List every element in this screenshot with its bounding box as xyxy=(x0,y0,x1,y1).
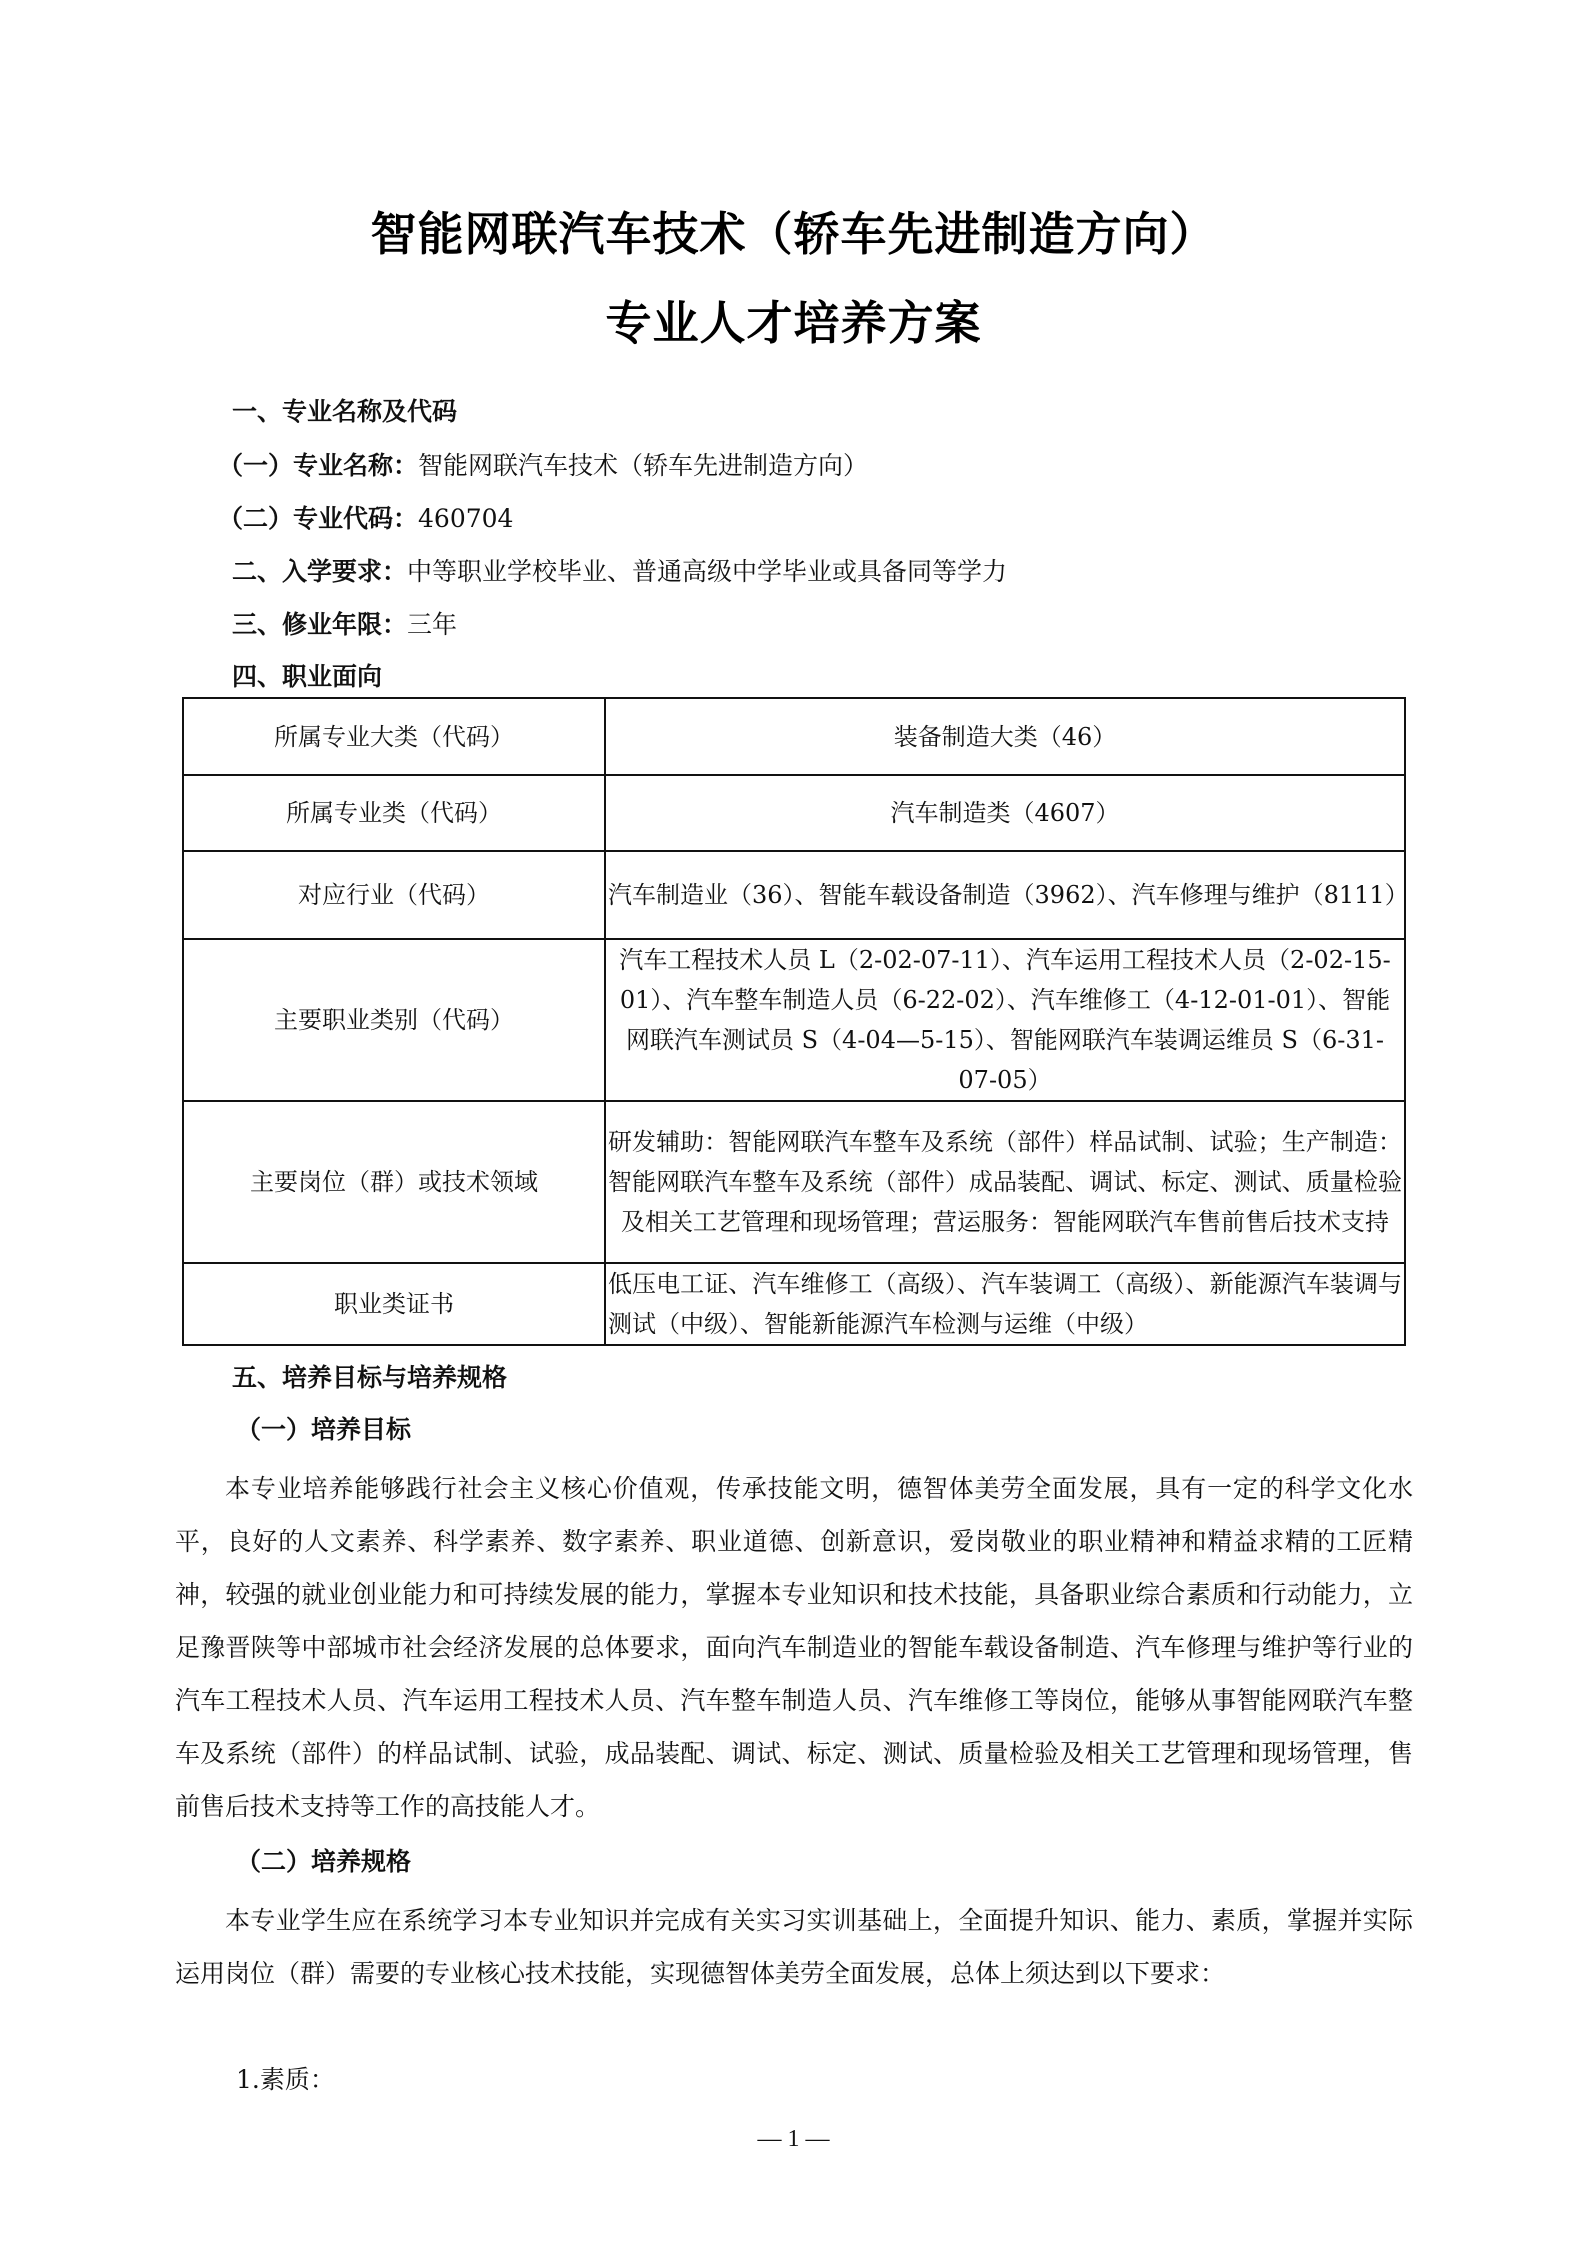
section5-heading: 五、培养目标与培养规格 xyxy=(232,1361,507,1395)
table-row: 对应行业（代码） 汽车制造业（36）、智能车载设备制造（3962）、汽车修理与维… xyxy=(183,851,1405,939)
training-goal-paragraph: 本专业培养能够践行社会主义核心价值观，传承技能文明，德智体美劳全面发展，具有一定… xyxy=(175,1462,1413,1833)
table-row: 职业类证书 低压电工证、汽车维修工（高级）、汽车装调工（高级）、新能源汽车装调与… xyxy=(183,1263,1405,1345)
table-cell-value: 汽车制造类（4607） xyxy=(605,775,1405,851)
table-cell-value: 装备制造大类（46） xyxy=(605,698,1405,775)
major-name-line: （一）专业名称：智能网联汽车技术（轿车先进制造方向） xyxy=(218,449,868,483)
duration-label: 三、修业年限： xyxy=(232,610,407,639)
admission-label: 二、入学要求： xyxy=(232,557,407,586)
major-name-value: 智能网联汽车技术（轿车先进制造方向） xyxy=(418,451,868,480)
major-code-line: （二）专业代码：460704 xyxy=(218,502,513,536)
admission-line: 二、入学要求：中等职业学校毕业、普通高级中学毕业或具备同等学力 xyxy=(232,555,1007,589)
major-code-value: 460704 xyxy=(418,504,513,533)
table-cell-label: 主要职业类别（代码） xyxy=(183,939,605,1101)
table-cell-label: 所属专业大类（代码） xyxy=(183,698,605,775)
admission-value: 中等职业学校毕业、普通高级中学毕业或具备同等学力 xyxy=(407,557,1007,586)
table-cell-label: 对应行业（代码） xyxy=(183,851,605,939)
training-spec-paragraph: 本专业学生应在系统学习本专业知识并完成有关实习实训基础上，全面提升知识、能力、素… xyxy=(175,1894,1413,2000)
page-number: — 1 — xyxy=(0,2126,1587,2153)
table-cell-value: 研发辅助：智能网联汽车整车及系统（部件）样品试制、试验；生产制造：智能网联汽车整… xyxy=(605,1101,1405,1263)
table-cell-value: 汽车制造业（36）、智能车载设备制造（3962）、汽车修理与维护（8111） xyxy=(605,851,1405,939)
table-cell-value: 汽车工程技术人员 L（2-02-07-11）、汽车运用工程技术人员（2-02-1… xyxy=(605,939,1405,1101)
section1-heading: 一、专业名称及代码 xyxy=(232,395,457,429)
duration-line: 三、修业年限：三年 xyxy=(232,608,457,642)
duration-value: 三年 xyxy=(407,610,457,639)
table-row: 所属专业大类（代码） 装备制造大类（46） xyxy=(183,698,1405,775)
document-title-line2: 专业人才培养方案 xyxy=(0,287,1587,353)
table-cell-value: 低压电工证、汽车维修工（高级）、汽车装调工（高级）、新能源汽车装调与测试（中级）… xyxy=(605,1263,1405,1345)
career-orientation-table: 所属专业大类（代码） 装备制造大类（46） 所属专业类（代码） 汽车制造类（46… xyxy=(182,697,1406,1346)
document-title-line1: 智能网联汽车技术（轿车先进制造方向） xyxy=(0,198,1587,264)
major-code-label: （二）专业代码： xyxy=(218,504,418,533)
major-name-label: （一）专业名称： xyxy=(218,451,418,480)
quality-item-heading: 1.素质： xyxy=(236,2063,335,2097)
document-page: 智能网联汽车技术（轿车先进制造方向） 专业人才培养方案 一、专业名称及代码 （一… xyxy=(0,0,1587,2245)
table-row: 主要职业类别（代码） 汽车工程技术人员 L（2-02-07-11）、汽车运用工程… xyxy=(183,939,1405,1101)
section4-heading: 四、职业面向 xyxy=(232,660,382,694)
table-cell-label: 主要岗位（群）或技术领域 xyxy=(183,1101,605,1263)
table-cell-label: 所属专业类（代码） xyxy=(183,775,605,851)
table-row: 所属专业类（代码） 汽车制造类（4607） xyxy=(183,775,1405,851)
training-goal-heading: （一）培养目标 xyxy=(236,1413,411,1447)
table-cell-label: 职业类证书 xyxy=(183,1263,605,1345)
table-row: 主要岗位（群）或技术领域 研发辅助：智能网联汽车整车及系统（部件）样品试制、试验… xyxy=(183,1101,1405,1263)
training-spec-heading: （二）培养规格 xyxy=(236,1845,411,1879)
